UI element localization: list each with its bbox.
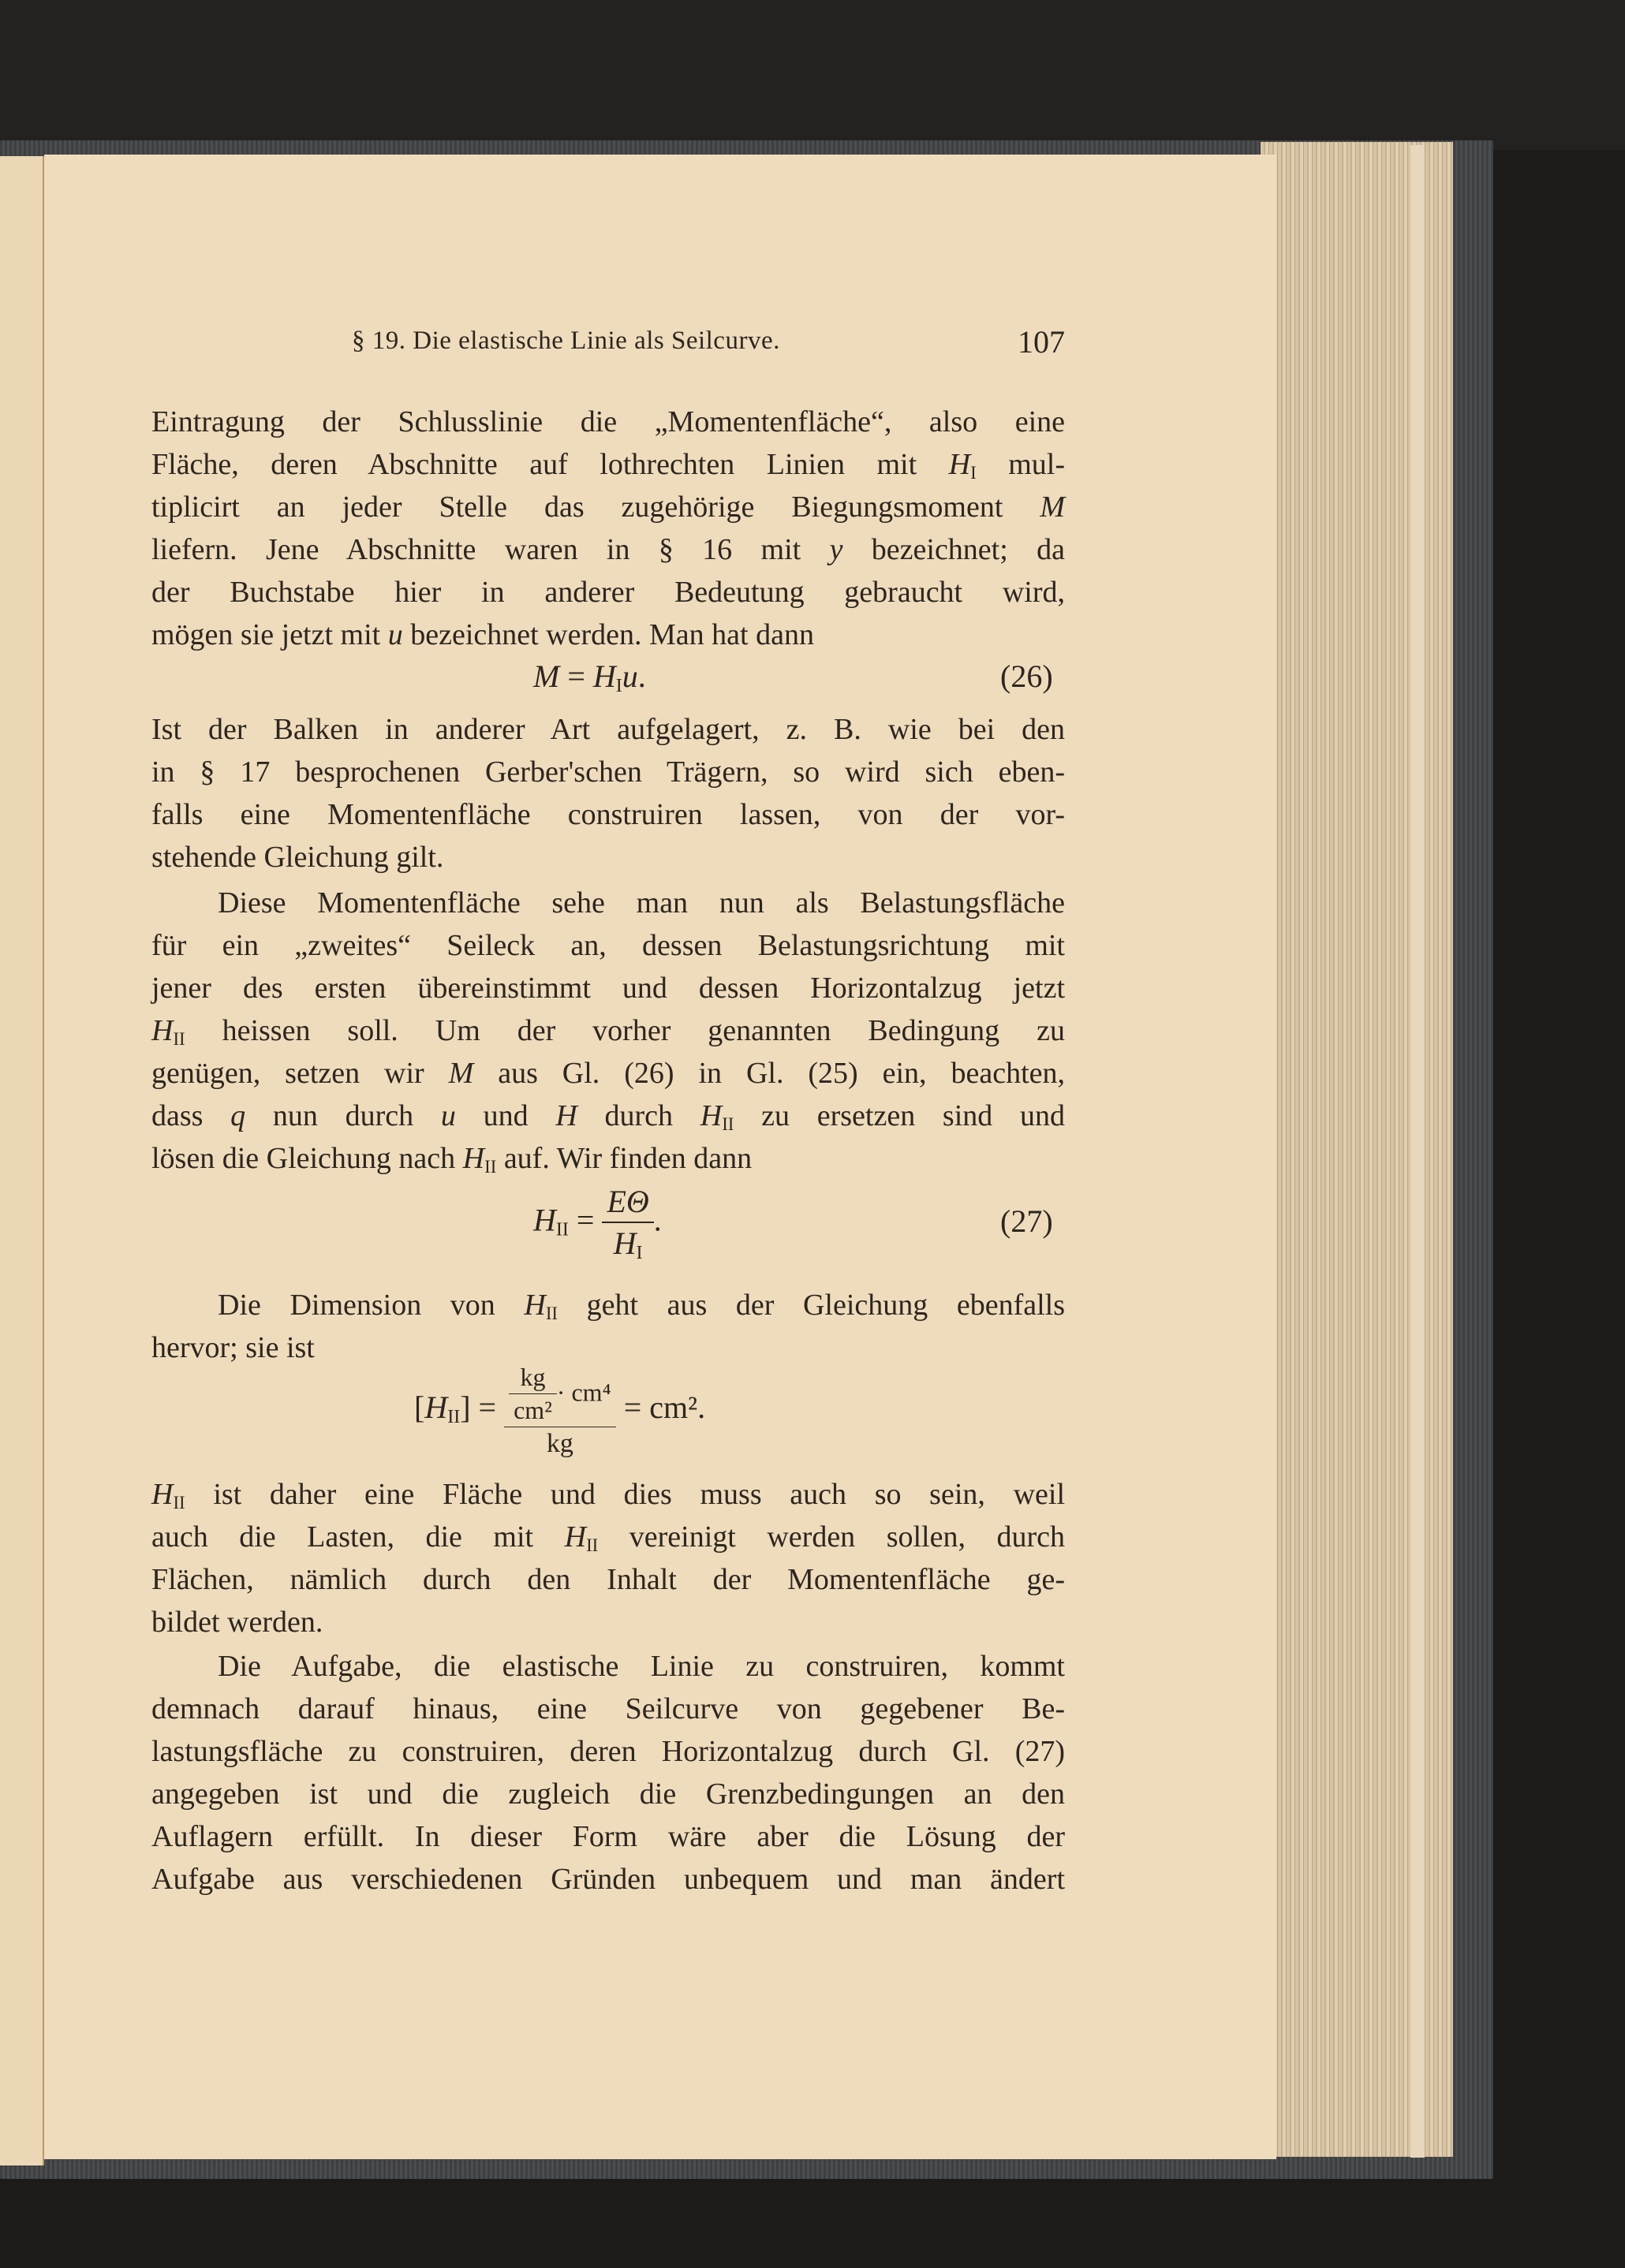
fraction: EΘ HI [602, 1183, 653, 1264]
running-header: § 19. Die elastische Linie als Seilcurve… [331, 326, 1065, 366]
text-line: hervor; sie ist [151, 1328, 1065, 1367]
text-line: in § 17 besprochenen Gerber'schen Träger… [151, 752, 1065, 792]
last-sheet-edge [1410, 145, 1425, 2158]
text-line: demnach darauf hinaus, eine Seilcurve vo… [151, 1689, 1065, 1729]
page-number: 107 [1018, 323, 1065, 360]
text-line: mögen sie jetzt mit u bezeichnet werden.… [151, 615, 1065, 655]
equation-27: HII = EΘ HI . [533, 1183, 662, 1264]
text-line: auch die Lasten, die mit HII vereinigt w… [151, 1517, 1065, 1565]
text-line: jener des ersten übereinstimmt und desse… [151, 968, 1065, 1008]
text-line: Flächen, nämlich durch den Inhalt der Mo… [151, 1560, 1065, 1599]
text-line: falls eine Momentenfläche construiren la… [151, 795, 1065, 834]
text-line: genügen, setzen wir M aus Gl. (26) in Gl… [151, 1054, 1065, 1093]
dimension-equation: [HII] = kg cm² · cm⁴ kg = cm². [414, 1363, 705, 1459]
running-title: § 19. Die elastische Linie als Seilcurve… [352, 326, 780, 356]
text-line: liefern. Jene Abschnitte waren in § 16 m… [151, 530, 1065, 569]
text-line: HII ist daher eine Fläche und dies muss … [151, 1475, 1065, 1523]
equation-26: M = HIu. [533, 658, 646, 697]
text-line: bildet werden. [151, 1602, 1065, 1642]
left-page-sliver [0, 156, 44, 2165]
text-line: Aufgabe aus verschiedenen Gründen unbequ… [151, 1860, 1065, 1899]
text-line: tiplicirt an jeder Stelle das zugehörige… [151, 487, 1065, 527]
text-line: stehende Gleichung gilt. [151, 837, 1065, 877]
equation-number: (27) [1000, 1203, 1053, 1240]
text-line: Die Aufgabe, die elastische Linie zu con… [151, 1647, 1065, 1686]
text-line: angegeben ist und die zugleich die Grenz… [151, 1774, 1065, 1814]
text-line: der Buchstabe hier in anderer Bedeutung … [151, 573, 1065, 612]
text-line: Diese Momentenfläche sehe man nun als Be… [151, 883, 1065, 923]
text-line: Auflagern erfüllt. In dieser Form wäre a… [151, 1817, 1065, 1856]
text-line: HII heissen soll. Um der vorher genannte… [151, 1011, 1065, 1059]
text-line: dass q nun durch u und H durch HII zu er… [151, 1096, 1065, 1144]
background [0, 0, 1625, 150]
equation-number: (26) [1000, 658, 1053, 695]
fraction: kg cm² · cm⁴ kg [504, 1363, 616, 1459]
text-line: Die Dimension von HII geht aus der Gleic… [151, 1285, 1065, 1334]
text-line: Eintragung der Schlusslinie die „Momente… [151, 402, 1065, 442]
text-line: für ein „zweites“ Seileck an, dessen Bel… [151, 926, 1065, 965]
text-line: Fläche, deren Abschnitte auf lothrechten… [151, 445, 1065, 493]
text-line: lösen die Gleichung nach HII auf. Wir fi… [151, 1139, 1065, 1187]
inner-fraction: kg cm² [509, 1363, 557, 1425]
text-line: Ist der Balken in anderer Art aufgelager… [151, 710, 1065, 749]
text-line: lastungsfläche zu construiren, deren Hor… [151, 1732, 1065, 1771]
